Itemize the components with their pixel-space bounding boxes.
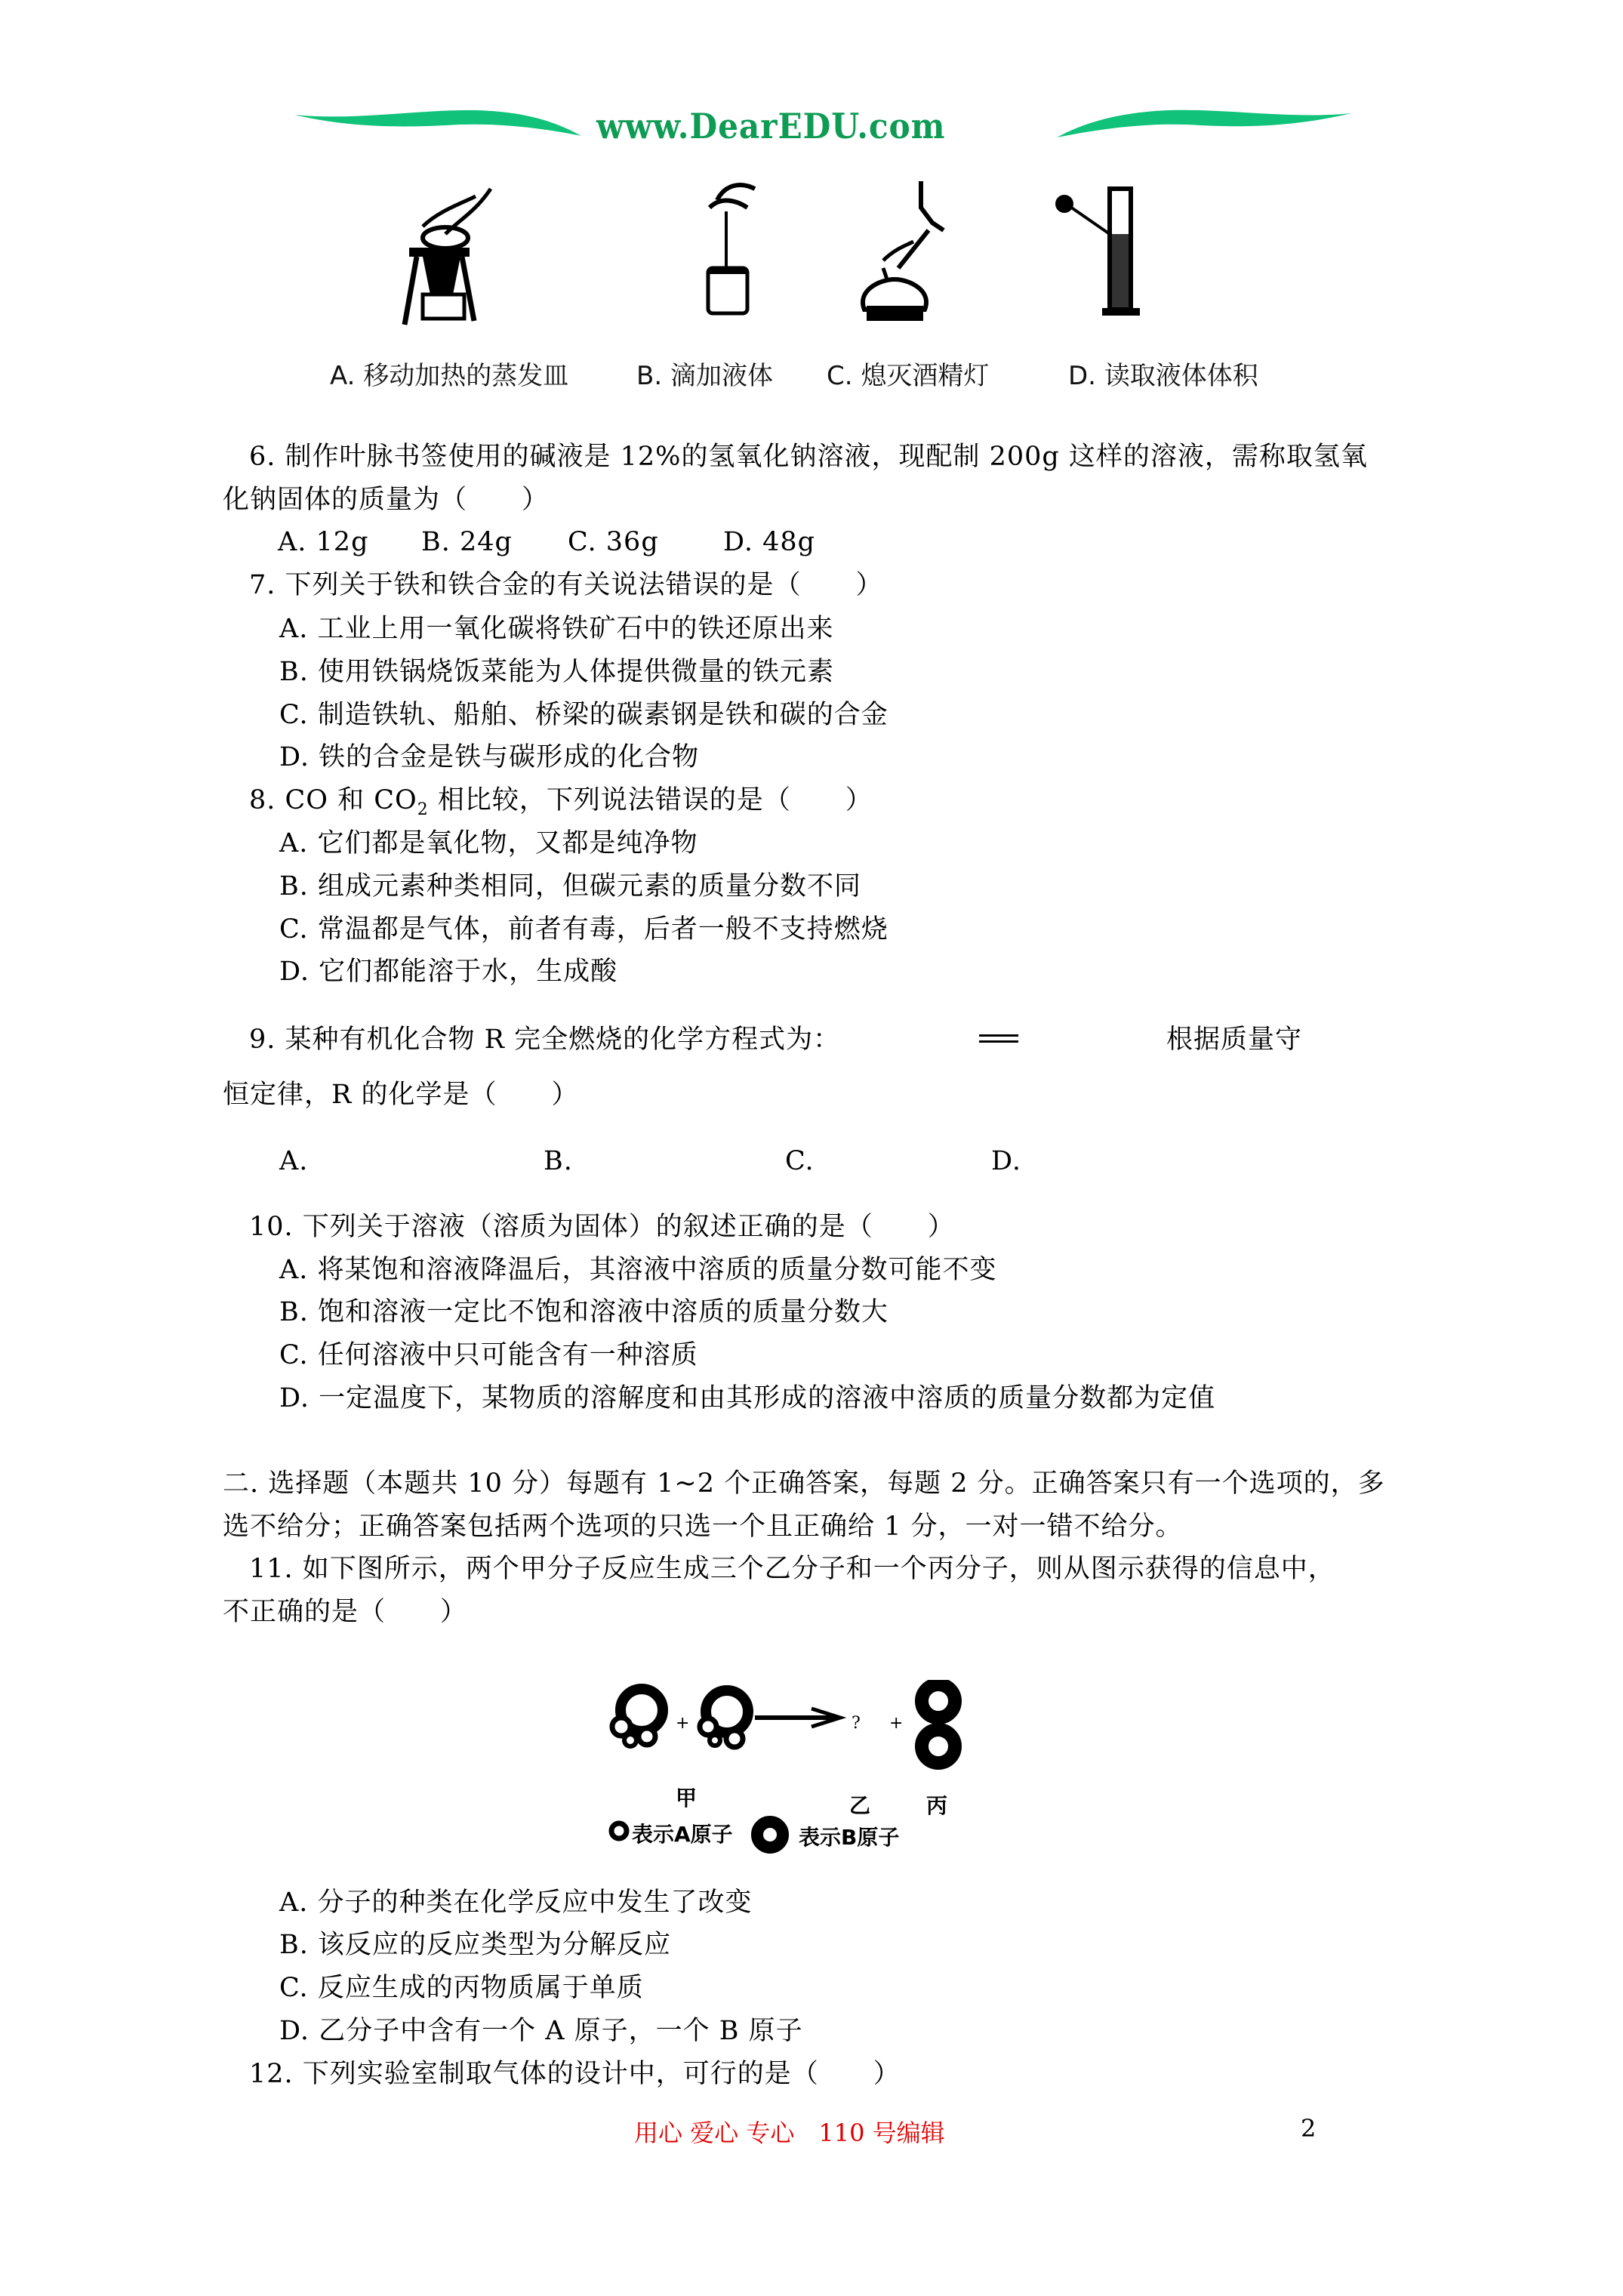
svg-text:+: + bbox=[889, 1714, 903, 1733]
q11-option-c: C. 反应生成的丙物质属于单质 bbox=[279, 1973, 644, 2003]
q6-stem-line2: 化钠固体的质量为（ ） bbox=[223, 485, 549, 515]
atom-b-legend-icon bbox=[747, 1808, 793, 1861]
q7-option-a: A. 工业上用一氧化碳将铁矿石中的铁还原出来 bbox=[279, 614, 834, 644]
q9-option-d: D. bbox=[991, 1146, 1021, 1176]
reaction-diagram-icon: + ? + bbox=[600, 1680, 1053, 1778]
q7-option-b: B. 使用铁锅烧饭菜能为人体提供微量的铁元素 bbox=[279, 657, 834, 687]
alcohol-lamp-icon bbox=[853, 177, 966, 328]
q11-stem-line1: 11. 如下图所示，两个甲分子反应生成三个乙分子和一个丙分子，则从图示获得的信息… bbox=[249, 1554, 1335, 1584]
q7-option-d: D. 铁的合金是铁与碳形成的化合物 bbox=[279, 742, 699, 772]
q10-option-d: D. 一定温度下，某物质的溶解度和由其形成的溶液中溶质的质量分数都为定值 bbox=[279, 1383, 1215, 1413]
label-yi: 乙 bbox=[849, 1789, 870, 1820]
q9-option-a: A. bbox=[279, 1146, 308, 1176]
svg-text:?: ? bbox=[852, 1714, 861, 1733]
page-number: 2 bbox=[1301, 2114, 1316, 2143]
q7-stem: 7. 下列关于铁和铁合金的有关说法错误的是（ ） bbox=[249, 570, 883, 600]
equation-equals-sign bbox=[979, 1034, 1018, 1043]
q8-option-b: B. 组成元素种类相同，但碳元素的质量分数不同 bbox=[279, 871, 861, 901]
q7-option-c: C. 制造铁轨、船舶、桥梁的碳素钢是铁和碳的合金 bbox=[279, 700, 888, 730]
graduated-cylinder-icon bbox=[1049, 181, 1155, 325]
caption-b: B. 滴加液体 bbox=[636, 355, 773, 392]
q8-option-d: D. 它们都能溶于水，生成酸 bbox=[279, 957, 617, 987]
q9-stem-line1: 9. 某种有机化合物 R 完全燃烧的化学方程式为： bbox=[249, 1025, 840, 1055]
label-jia: 甲 bbox=[676, 1782, 697, 1812]
section-2-line2: 选不给分；正确答案包括两个选项的只选一个且正确给 1 分，一对一错不给分。 bbox=[223, 1512, 1183, 1542]
atom-a-legend-icon bbox=[604, 1816, 634, 1846]
section-2-line1: 二. 选择题（本题共 10 分）每题有 1~2 个正确答案，每题 2 分。正确答… bbox=[223, 1469, 1385, 1499]
q9-stem-line1-tail: 根据质量守 bbox=[1166, 1025, 1302, 1055]
q10-option-a: A. 将某饱和溶液降温后，其溶液中溶质的质量分数可能不变 bbox=[279, 1255, 997, 1285]
q10-option-b: B. 饱和溶液一定比不饱和溶液中溶质的质量分数大 bbox=[279, 1297, 888, 1327]
footer-slogan: 用心 爱心 专心 110 号编辑 bbox=[634, 2114, 945, 2149]
site-logo: www.DearEDU.com bbox=[596, 106, 945, 146]
q9-stem-line2: 恒定律，R 的化学是（ ） bbox=[223, 1080, 578, 1110]
caption-c: C. 熄灭酒精灯 bbox=[827, 355, 989, 392]
q6-stem-line1: 6. 制作叶脉书签使用的碱液是 12%的氢氧化钠溶液，现配制 200g 这样的溶… bbox=[249, 442, 1368, 472]
q8-option-c: C. 常温都是气体，前者有毒，后者一般不支持燃烧 bbox=[279, 914, 888, 945]
q6-option-c: C. 36g bbox=[568, 527, 659, 557]
q10-stem: 10. 下列关于溶液（溶质为固体）的叙述正确的是（ ） bbox=[249, 1212, 955, 1242]
legend-b-text: 表示B原子 bbox=[799, 1821, 899, 1851]
legend-a-text: 表示A原子 bbox=[632, 1818, 733, 1848]
q11-option-a: A. 分子的种类在化学反应中发生了改变 bbox=[279, 1888, 753, 1918]
q9-option-b: B. bbox=[544, 1146, 573, 1176]
dropper-icon bbox=[694, 177, 778, 321]
q9-option-c: C. bbox=[785, 1146, 815, 1176]
q6-option-d: D. 48g bbox=[723, 527, 815, 557]
q11-stem-line2: 不正确的是（ ） bbox=[223, 1597, 467, 1627]
q8-option-a: A. 它们都是氧化物，又都是纯净物 bbox=[279, 828, 698, 858]
evaporating-dish-icon bbox=[400, 181, 506, 332]
q12-stem: 12. 下列实验室制取气体的设计中，可行的是（ ） bbox=[249, 2059, 901, 2089]
svg-text:+: + bbox=[676, 1714, 689, 1733]
q6-option-a: A. 12g bbox=[278, 527, 368, 557]
q10-option-c: C. 任何溶液中只可能含有一种溶质 bbox=[279, 1340, 698, 1370]
q11-option-d: D. 乙分子中含有一个 A 原子，一个 B 原子 bbox=[279, 2016, 803, 2046]
q8-stem: 8. CO 和 CO2 相比较，下列说法错误的是（ ） bbox=[249, 785, 873, 825]
q11-option-b: B. 该反应的反应类型为分解反应 bbox=[279, 1930, 671, 1960]
label-bing: 丙 bbox=[926, 1789, 947, 1820]
caption-a: A. 移动加热的蒸发皿 bbox=[330, 355, 568, 392]
caption-d: D. 读取液体体积 bbox=[1068, 355, 1258, 392]
q6-option-b: B. 24g bbox=[421, 527, 513, 557]
